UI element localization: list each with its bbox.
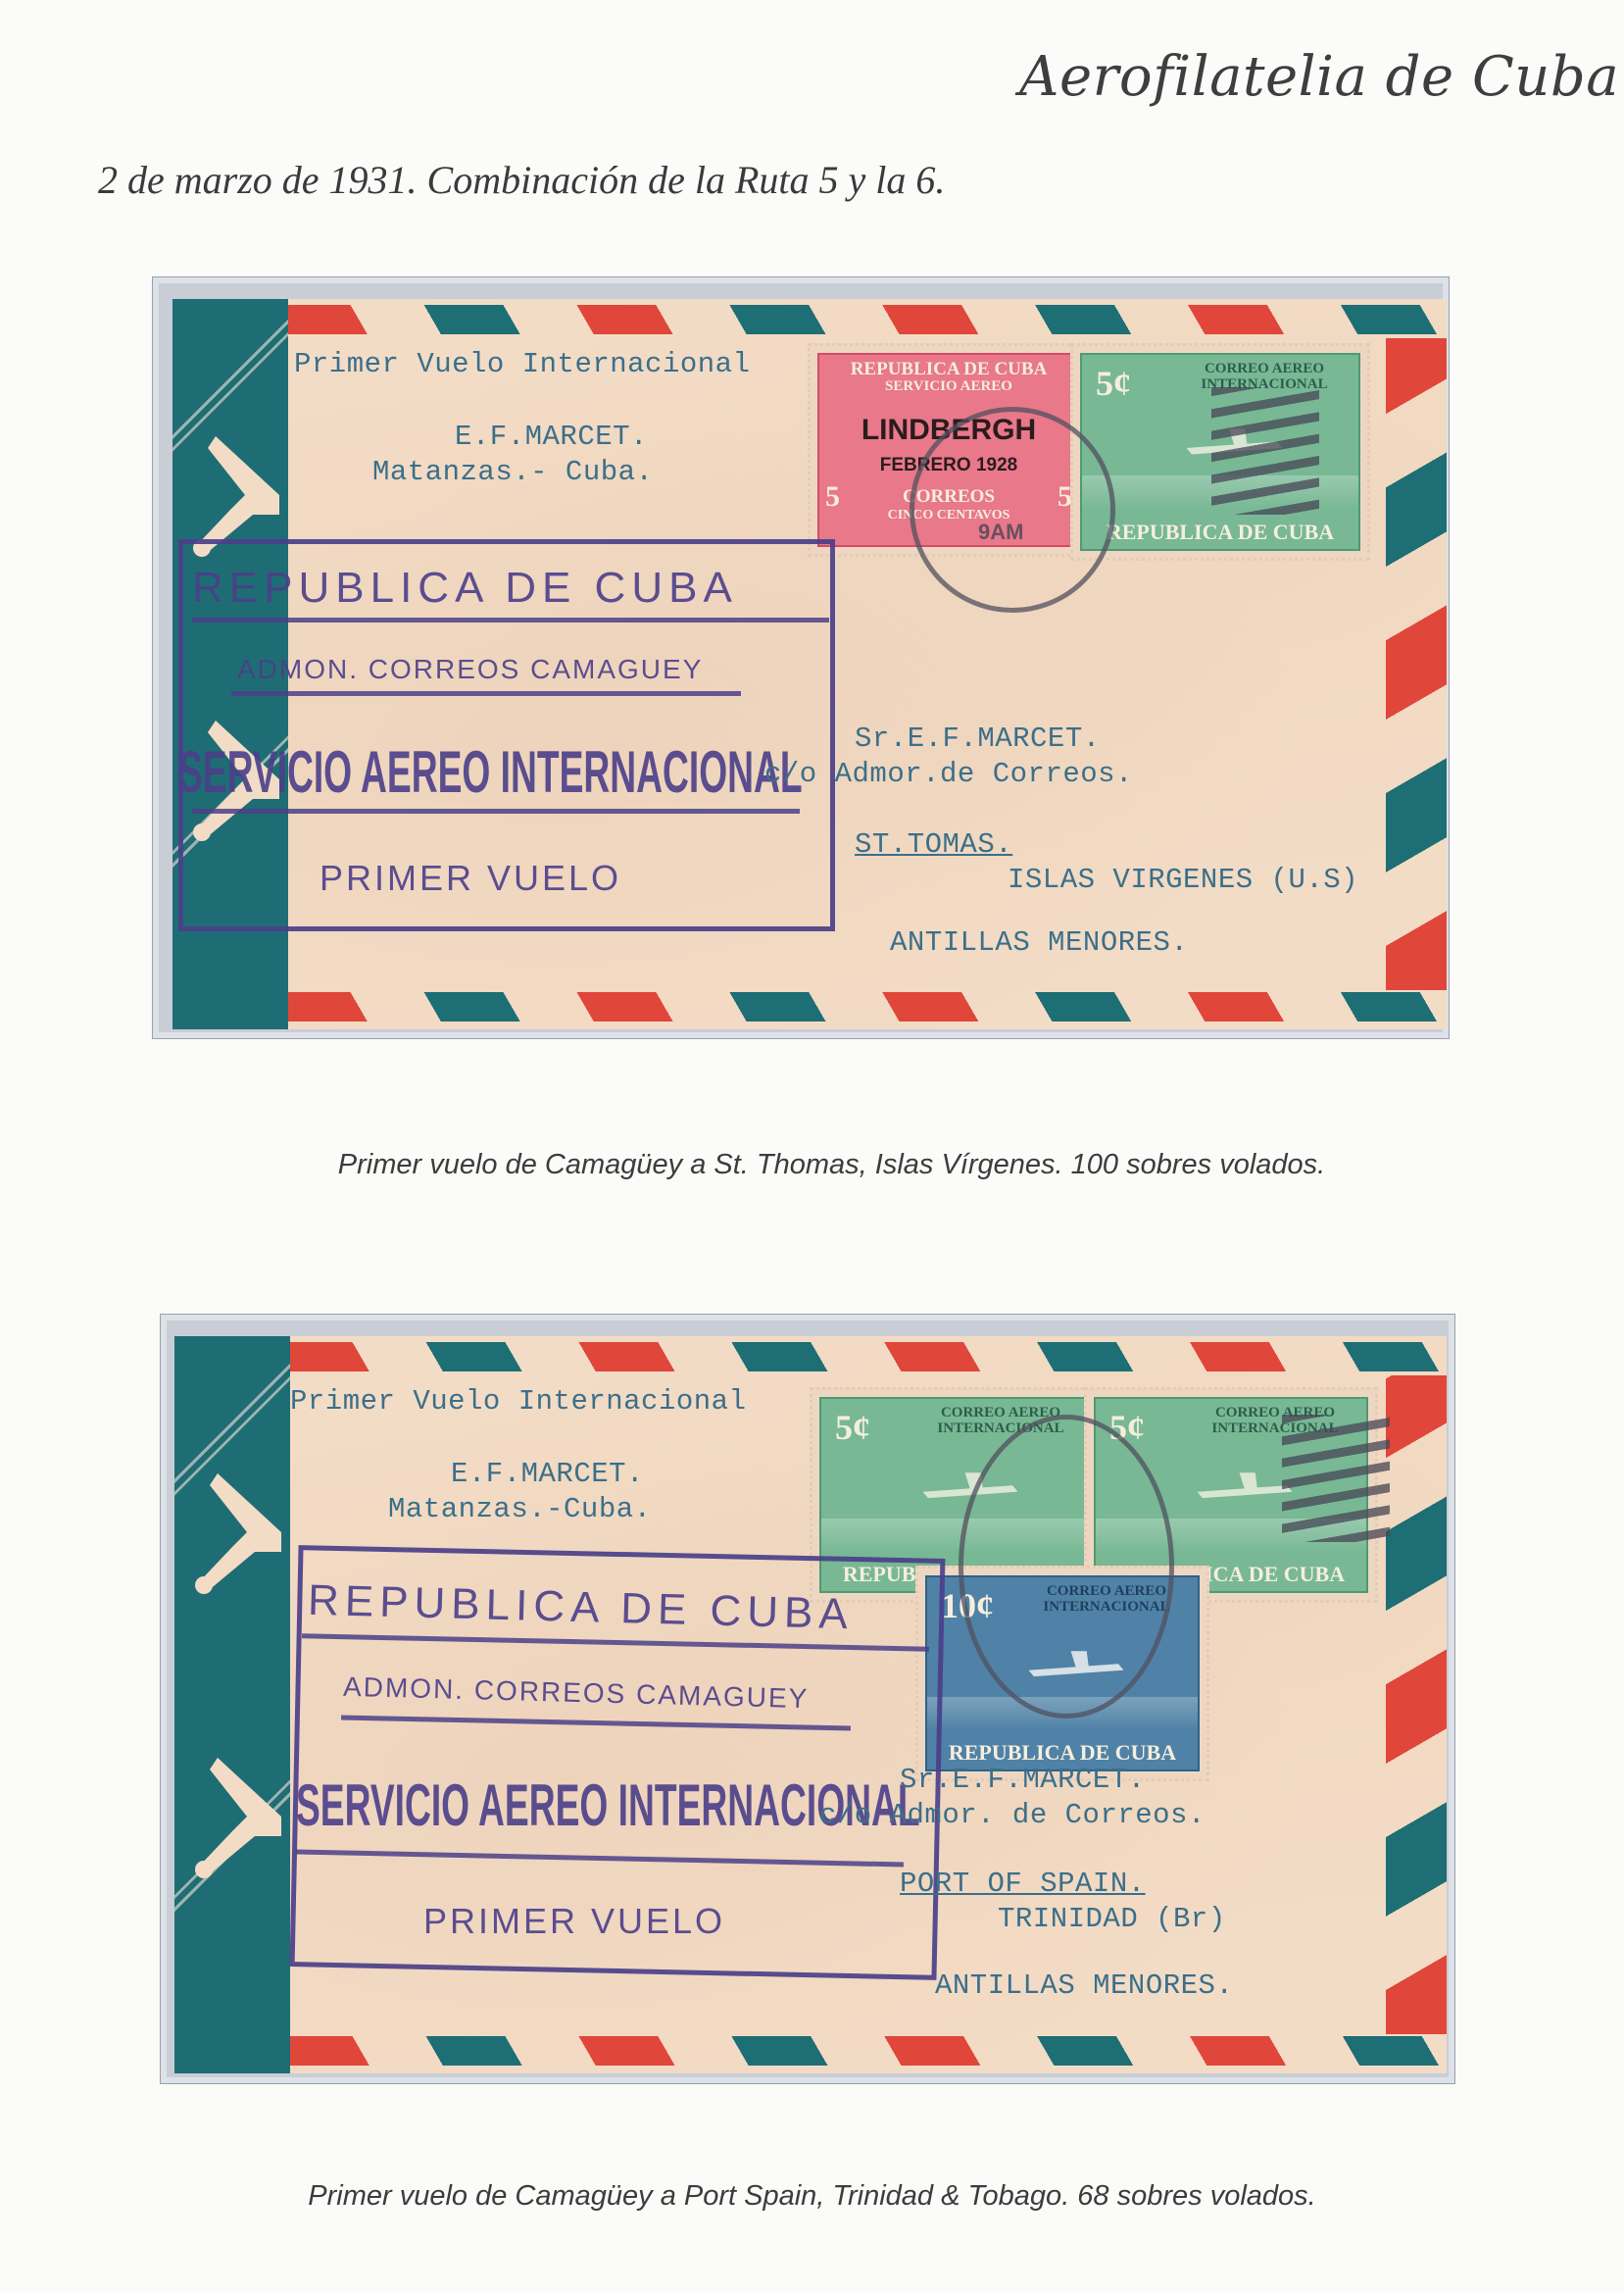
sender-line-1: Primer Vuelo Internacional [294, 348, 750, 380]
page-subtitle: 2 de marzo de 1931. Combinación de la Ru… [98, 157, 945, 203]
airmail-stripes-top [290, 1342, 1447, 1371]
addressee-line-3: PORT OF SPAIN. [900, 1868, 1146, 1900]
airmail-cover: Primer Vuelo Internacional E.F.MARCET. M… [172, 299, 1447, 1029]
airplane-icon [188, 1464, 282, 1601]
addressee-line-2: c/o Admor. de Correos. [819, 1799, 1206, 1831]
airmail-stripes-bottom [290, 2036, 1447, 2066]
album-header-title: Aerofilatelia de Cuba [1019, 45, 1619, 109]
addressee-line-5: ANTILLAS MENORES. [890, 926, 1188, 959]
cover-caption: Primer vuelo de Camagüey a Port Spain, T… [0, 2180, 1624, 2213]
airmail-side-band [174, 1336, 290, 2073]
sender-line-2: E.F.MARCET. [451, 1458, 644, 1490]
addressee-line-3: ST.TOMAS. [855, 828, 1012, 861]
airplane-icon [188, 1748, 282, 1885]
postmark-circular [959, 1415, 1174, 1719]
addressee-line-2: c/o Admor.de Correos. [764, 758, 1133, 790]
addressee-line-1: Sr.E.F.MARCET. [855, 722, 1101, 755]
postmark-circular [910, 407, 1115, 613]
addressee-line-4: ISLAS VIRGENES (U.S) [1008, 864, 1358, 896]
cover-caption: Primer vuelo de Camagüey a St. Thomas, I… [20, 1149, 1624, 1181]
postmark-bars [1211, 387, 1319, 515]
addressee-line-1: Sr.E.F.MARCET. [900, 1764, 1146, 1796]
postmark-time: 9AM [978, 520, 1023, 545]
sender-line-2: E.F.MARCET. [455, 421, 648, 453]
postmark-bars [1282, 1415, 1390, 1542]
addressee-line-5: ANTILLAS MENORES. [935, 1969, 1233, 2002]
airmail-cover: Primer Vuelo Internacional E.F.MARCET. M… [174, 1336, 1447, 2073]
sender-line-3: Matanzas.- Cuba. [372, 456, 653, 488]
sender-line-1: Primer Vuelo Internacional [290, 1385, 746, 1418]
sender-line-3: Matanzas.-Cuba. [388, 1493, 652, 1525]
airmail-stripes-bottom [288, 992, 1447, 1021]
airmail-stripes-right [1386, 1375, 1447, 2034]
airmail-stripes-top [288, 305, 1447, 334]
airmail-stripes-right [1386, 338, 1447, 990]
addressee-line-4: TRINIDAD (Br) [998, 1903, 1226, 1935]
